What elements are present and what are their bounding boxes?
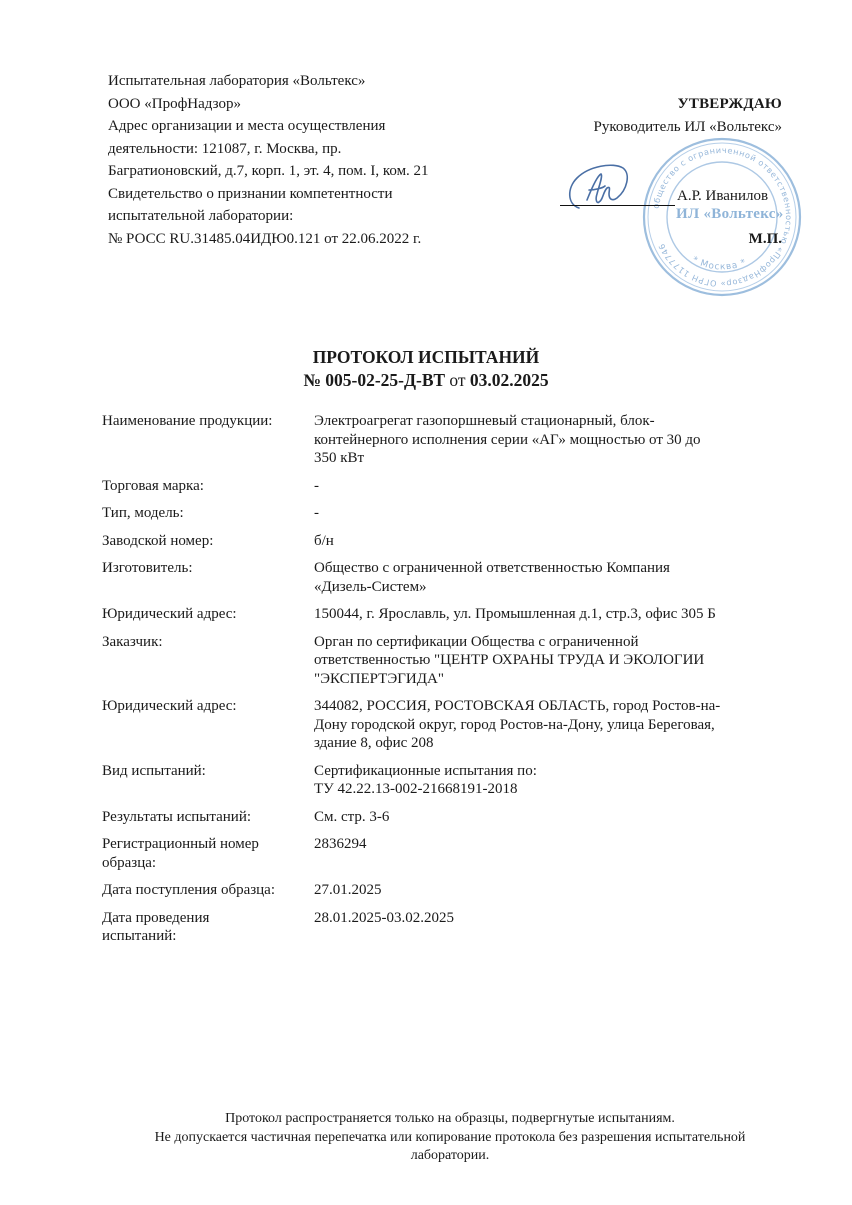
detail-label-line: Наименование продукции: — [102, 412, 314, 431]
footer-line: Протокол распространяется только на обра… — [100, 1110, 800, 1129]
detail-label-line: Заказчик: — [102, 633, 314, 652]
lab-info-block: Испытательная лаборатория «Вольтекс» ООО… — [108, 70, 508, 250]
lab-certificate-line: Свидетельство о признании компетентности — [108, 183, 508, 206]
detail-row: Юридический адрес:150044, г. Ярославль, … — [102, 605, 802, 624]
lab-address-line: деятельности: 121087, г. Москва, пр. — [108, 138, 508, 161]
detail-value-line: 150044, г. Ярославль, ул. Промышленная д… — [314, 605, 802, 624]
protocol-heading: ПРОТОКОЛ ИСПЫТАНИЙ — [0, 346, 852, 369]
detail-value-line: контейнерного исполнения серии «АГ» мощн… — [314, 431, 802, 450]
detail-row: Тип, модель:- — [102, 504, 802, 523]
detail-row: Дата проведенияиспытаний:28.01.2025-03.0… — [102, 909, 802, 946]
protocol-number: № 005-02-25-Д-ВТ — [303, 370, 445, 390]
detail-value: См. стр. 3-6 — [314, 808, 802, 827]
detail-label-line: Дата проведения — [102, 909, 314, 928]
detail-row: Дата поступления образца:27.01.2025 — [102, 881, 802, 900]
footer-line: Не допускается частичная перепечатка или… — [100, 1129, 800, 1148]
detail-row: Заводской номер:б/н — [102, 532, 802, 551]
detail-label: Регистрационный номеробразца: — [102, 835, 314, 872]
approval-title: УТВЕРЖДАЮ — [482, 93, 782, 116]
detail-value-line: «Дизель-Систем» — [314, 578, 802, 597]
detail-label: Дата поступления образца: — [102, 881, 314, 900]
detail-label-line: Юридический адрес: — [102, 697, 314, 716]
detail-row: Результаты испытаний:См. стр. 3-6 — [102, 808, 802, 827]
detail-label-line: Юридический адрес: — [102, 605, 314, 624]
lab-name: Испытательная лаборатория «Вольтекс» — [108, 70, 508, 93]
detail-row: Изготовитель:Общество с ограниченной отв… — [102, 559, 802, 596]
detail-label: Дата проведенияиспытаний: — [102, 909, 314, 946]
detail-label: Юридический адрес: — [102, 697, 314, 753]
detail-value-line: 2836294 — [314, 835, 802, 854]
detail-value-line: здание 8, офис 208 — [314, 734, 802, 753]
detail-value: Сертификационные испытания по:ТУ 42.22.1… — [314, 762, 802, 799]
approval-block: УТВЕРЖДАЮ Руководитель ИЛ «Вольтекс» — [482, 93, 782, 138]
detail-row: Вид испытаний:Сертификационные испытания… — [102, 762, 802, 799]
lab-address-line: Адрес организации и места осуществления — [108, 115, 508, 138]
detail-value-line: 344082, РОССИЯ, РОСТОВСКАЯ ОБЛАСТЬ, горо… — [314, 697, 802, 716]
detail-value: 2836294 — [314, 835, 802, 872]
seal-mark: М.П. — [749, 231, 782, 248]
detail-label-line: Вид испытаний: — [102, 762, 314, 781]
detail-label: Вид испытаний: — [102, 762, 314, 799]
svg-text:* Москва *: * Москва * — [690, 255, 748, 272]
footer-line: лаборатории. — [100, 1147, 800, 1166]
detail-label-line: Результаты испытаний: — [102, 808, 314, 827]
detail-row: Торговая марка:- — [102, 477, 802, 496]
detail-value-line: 350 кВт — [314, 449, 802, 468]
detail-label: Торговая марка: — [102, 477, 314, 496]
detail-row: Заказчик:Орган по сертификации Общества … — [102, 633, 802, 689]
detail-value-line: - — [314, 504, 802, 523]
detail-value: - — [314, 504, 802, 523]
lab-certificate-number: № РОСС RU.31485.04ИДЮ0.121 от 22.06.2022… — [108, 228, 508, 251]
document-title: ПРОТОКОЛ ИСПЫТАНИЙ № 005-02-25-Д-ВТ от 0… — [0, 346, 852, 392]
approval-position: Руководитель ИЛ «Вольтекс» — [482, 116, 782, 139]
detail-row: Наименование продукции:Электроагрегат га… — [102, 412, 802, 468]
lab-certificate-line: испытательной лаборатории: — [108, 205, 508, 228]
detail-value-line: ТУ 42.22.13-002-21668191-2018 — [314, 780, 802, 799]
detail-label-line: Дата поступления образца: — [102, 881, 314, 900]
detail-label: Заказчик: — [102, 633, 314, 689]
detail-row: Юридический адрес:344082, РОССИЯ, РОСТОВ… — [102, 697, 802, 753]
detail-label: Результаты испытаний: — [102, 808, 314, 827]
detail-label-line: Тип, модель: — [102, 504, 314, 523]
protocol-number-line: № 005-02-25-Д-ВТ от 03.02.2025 — [0, 369, 852, 392]
detail-label-line: Регистрационный номер — [102, 835, 314, 854]
detail-value-line: 28.01.2025-03.02.2025 — [314, 909, 802, 928]
detail-row: Регистрационный номеробразца:2836294 — [102, 835, 802, 872]
detail-value: Электроагрегат газопоршневый стационарны… — [314, 412, 802, 468]
detail-label: Юридический адрес: — [102, 605, 314, 624]
detail-label: Заводской номер: — [102, 532, 314, 551]
detail-value: - — [314, 477, 802, 496]
detail-value: 27.01.2025 — [314, 881, 802, 900]
detail-value-line: См. стр. 3-6 — [314, 808, 802, 827]
detail-value: 150044, г. Ярославль, ул. Промышленная д… — [314, 605, 802, 624]
protocol-details-table: Наименование продукции:Электроагрегат га… — [102, 412, 802, 955]
detail-value-line: ответственностью "ЦЕНТР ОХРАНЫ ТРУДА И Э… — [314, 651, 802, 670]
detail-value: Общество с ограниченной ответственностью… — [314, 559, 802, 596]
detail-value-line: 27.01.2025 — [314, 881, 802, 900]
detail-value-line: Электроагрегат газопоршневый стационарны… — [314, 412, 802, 431]
detail-label-line: образца: — [102, 854, 314, 873]
detail-label: Наименование продукции: — [102, 412, 314, 468]
detail-value-line: Орган по сертификации Общества с огранич… — [314, 633, 802, 652]
detail-label-line: Торговая марка: — [102, 477, 314, 496]
lab-address-line: Багратионовский, д.7, корп. 1, эт. 4, по… — [108, 160, 508, 183]
detail-value-line: Общество с ограниченной ответственностью… — [314, 559, 802, 578]
protocol-date: 03.02.2025 — [470, 370, 549, 390]
detail-value: 344082, РОССИЯ, РОСТОВСКАЯ ОБЛАСТЬ, горо… — [314, 697, 802, 753]
detail-value: б/н — [314, 532, 802, 551]
detail-label-line: Заводской номер: — [102, 532, 314, 551]
signer-name: А.Р. Иванилов — [677, 185, 768, 207]
detail-value-line: Сертификационные испытания по: — [314, 762, 802, 781]
detail-value: 28.01.2025-03.02.2025 — [314, 909, 802, 946]
detail-label-line: испытаний: — [102, 927, 314, 946]
detail-value-line: "ЭКСПЕРТЭГИДА" — [314, 670, 802, 689]
protocol-page: Испытательная лаборатория «Вольтекс» ООО… — [0, 0, 852, 1205]
detail-label: Изготовитель: — [102, 559, 314, 596]
stamp-center-text: ИЛ «Вольтекс» — [676, 206, 784, 223]
lab-organization: ООО «ПрофНадзор» — [108, 93, 508, 116]
detail-value-line: Дону городской округ, город Ростов-на-До… — [314, 716, 802, 735]
detail-value: Орган по сертификации Общества с огранич… — [314, 633, 802, 689]
signature-line — [560, 205, 675, 206]
signature-icon — [565, 160, 635, 218]
detail-value-line: б/н — [314, 532, 802, 551]
detail-label-line: Изготовитель: — [102, 559, 314, 578]
detail-value-line: - — [314, 477, 802, 496]
detail-label: Тип, модель: — [102, 504, 314, 523]
date-connector: от — [449, 370, 465, 390]
footer-disclaimer: Протокол распространяется только на обра… — [100, 1110, 800, 1166]
